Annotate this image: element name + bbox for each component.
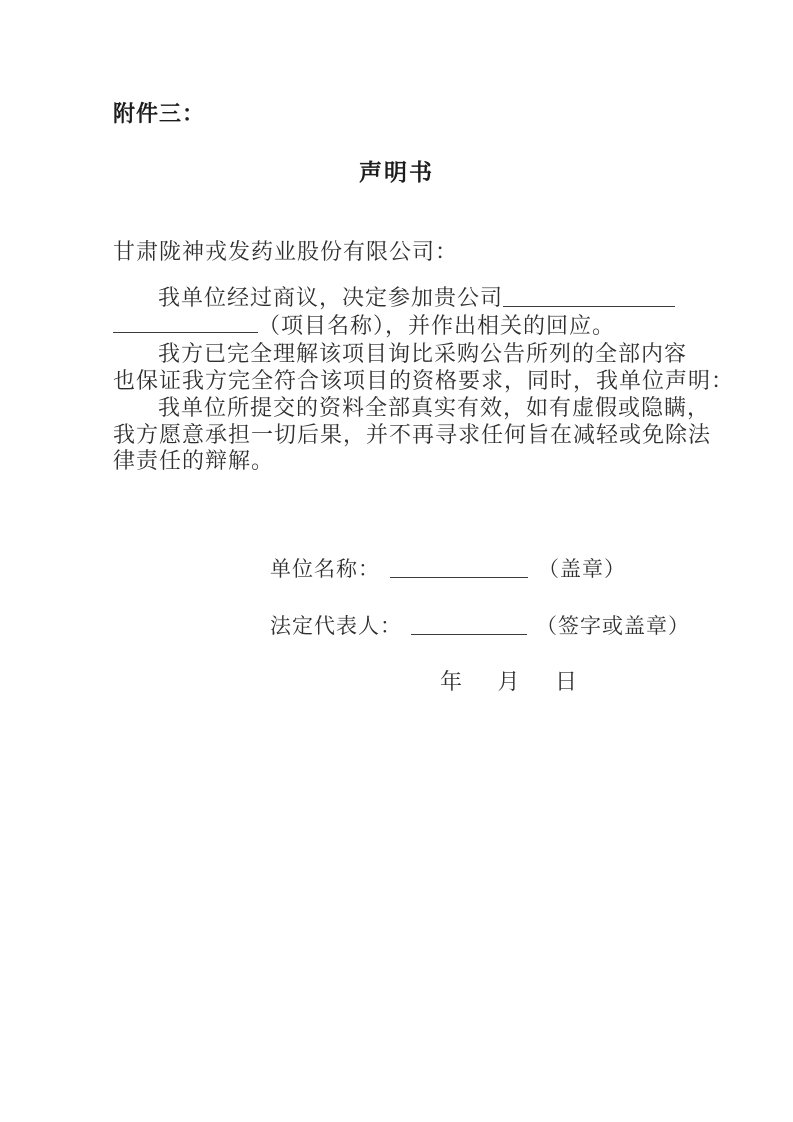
attachment-label: 附件三： [113, 101, 205, 127]
company-name-row: 单位名称： （盖章） [270, 556, 626, 582]
salutation-line: 甘肃陇神戎发药业股份有限公司： [113, 238, 458, 265]
paragraph-2-line-2: 也保证我方完全符合该项目的资格要求，同时，我单位声明： [113, 367, 734, 394]
legal-representative-sign-note: （签字或盖章） [536, 613, 690, 639]
legal-representative-blank [411, 616, 527, 635]
date-day-label: 日 [555, 669, 577, 694]
paragraph-1-line-2: （项目名称），并作出相关的回应。 [113, 312, 615, 339]
project-name-blank-part-2 [113, 314, 258, 333]
paragraph-1-line-2-text: （项目名称），并作出相关的回应。 [258, 313, 615, 338]
company-seal-note: （盖章） [538, 556, 626, 582]
document-page: 附件三： 声明书 甘肃陇神戎发药业股份有限公司： 我单位经过商议，决定参加贵公司… [0, 0, 793, 1122]
paragraph-1-line-1-text: 我单位经过商议，决定参加贵公司 [113, 284, 503, 311]
paragraph-2-line-1: 我方已完全理解该项目询比采购公告所列的全部内容 [113, 340, 687, 367]
date-row: 年 月 日 [440, 668, 577, 695]
paragraph-1-line-1: 我单位经过商议，决定参加贵公司 [113, 284, 675, 311]
project-name-blank-part-1 [503, 288, 675, 307]
paragraph-3-line-2: 我方愿意承担一切后果，并不再寻求任何旨在减轻或免除法 [113, 421, 711, 448]
company-name-label: 单位名称： [270, 556, 380, 582]
paragraph-3-line-1: 我单位所提交的资料全部真实有效，如有虚假或隐瞒， [113, 394, 710, 421]
paragraph-3-line-3: 律责任的辩解。 [113, 447, 274, 474]
company-name-blank [390, 559, 528, 578]
legal-representative-label: 法定代表人： [270, 613, 402, 639]
legal-representative-row: 法定代表人： （签字或盖章） [270, 613, 690, 639]
date-year-label: 年 [440, 669, 462, 694]
document-title: 声明书 [0, 158, 793, 186]
date-month-label: 月 [498, 669, 520, 694]
